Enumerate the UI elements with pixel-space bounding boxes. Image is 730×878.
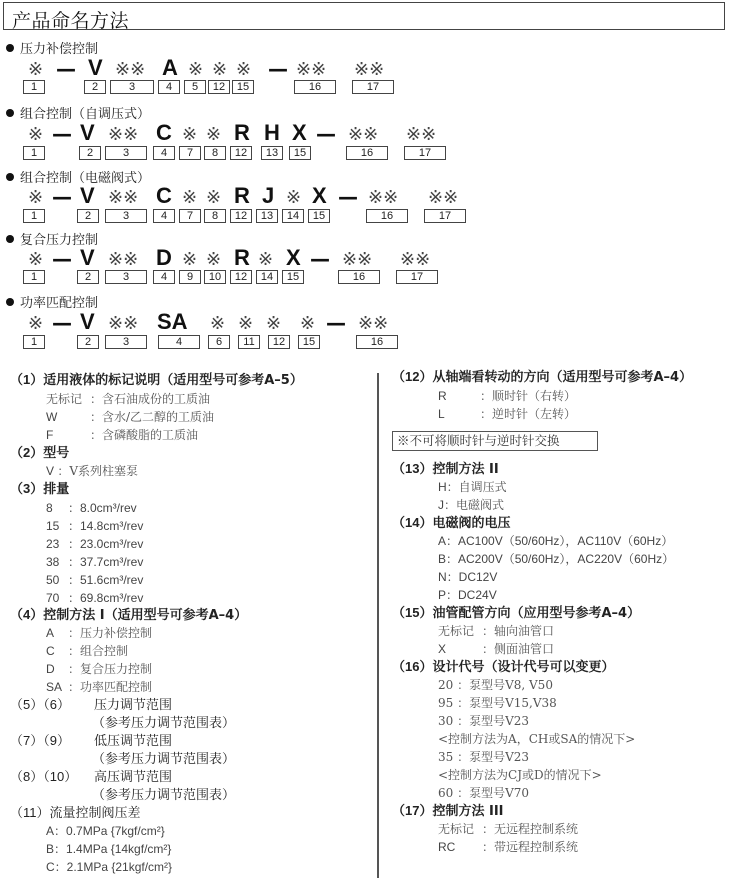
- item-2-row: V ：V系列柱塞泵: [46, 463, 138, 479]
- code-symbol: ※: [236, 60, 251, 80]
- item-3-row: 38：37.7cm³/rev: [46, 554, 143, 570]
- item-16-row: 35 ：泵型号V23: [438, 749, 529, 765]
- item-1-row: W：含水/乙二醇的工质油: [46, 409, 214, 425]
- code-box: 13: [261, 146, 283, 160]
- code-box: 2: [77, 335, 99, 349]
- item-2-heading: （2）型号: [10, 445, 69, 462]
- item-1-row: F：含磷酸脂的工质油: [46, 427, 198, 443]
- code-symbol: ※: [258, 250, 273, 270]
- code-box: 8: [204, 146, 226, 160]
- bullet-icon: [6, 44, 14, 52]
- code-symbol: ※: [266, 314, 281, 334]
- code-box: 15: [308, 209, 330, 223]
- code-box: 12: [230, 270, 252, 284]
- code-dash: —: [52, 187, 72, 207]
- code-box: 2: [84, 80, 106, 94]
- code-letter: J: [262, 186, 274, 206]
- code-letter: R: [234, 123, 250, 143]
- item-12-row: L：逆时针（左转）: [438, 406, 576, 422]
- code-box: 15: [298, 335, 320, 349]
- code-box: 3: [105, 209, 147, 223]
- code-box: 6: [208, 335, 230, 349]
- bullet-icon: [6, 235, 14, 243]
- item-1-row: 无标记：含石油成份的工质油: [46, 391, 210, 407]
- code-box: 4: [153, 209, 175, 223]
- code-box: 14: [282, 209, 304, 223]
- bullet-icon: [6, 173, 14, 181]
- item-11-row: C：2.1MPa {21kgf/cm²}: [46, 859, 172, 875]
- code-box: 12: [230, 146, 252, 160]
- code-symbol: ※: [182, 250, 197, 270]
- code-box: 11: [238, 335, 260, 349]
- item-14-row: P：DC24V: [438, 587, 497, 603]
- code-symbol: ※※: [108, 188, 138, 208]
- item-13-row: H：自调压式: [438, 479, 507, 495]
- item-4-row: A：压力补偿控制: [46, 625, 152, 641]
- code-box: 16: [294, 80, 336, 94]
- code-letter: X: [292, 123, 307, 143]
- section-heading-combined-self: 组合控制（自调压式）: [6, 103, 150, 122]
- item-4-row: C：组合控制: [46, 643, 128, 659]
- code-symbol: ※※: [368, 188, 398, 208]
- item-3-heading: （3）排量: [10, 481, 69, 498]
- code-symbol: ※※: [358, 314, 388, 334]
- item-5-6-sub: （参考压力调节范围表）: [92, 715, 235, 732]
- item-17-heading: （17）控制方法 III: [392, 803, 504, 820]
- code-box: 16: [366, 209, 408, 223]
- code-symbol: ※※: [400, 250, 430, 270]
- code-letter: V: [80, 123, 95, 143]
- bullet-icon: [6, 298, 14, 306]
- code-symbol: ※: [206, 250, 221, 270]
- code-box: 15: [289, 146, 311, 160]
- code-symbol: ※: [182, 125, 197, 145]
- code-box: 17: [396, 270, 438, 284]
- code-letter: D: [156, 248, 172, 268]
- code-dash: —: [316, 124, 336, 144]
- item-17-row: 无标记：无远程控制系统: [438, 821, 578, 837]
- code-box: 13: [256, 209, 278, 223]
- code-letter: V: [80, 312, 95, 332]
- item-7-9-sub: （参考压力调节范围表）: [92, 751, 235, 768]
- item-14-row: A：AC100V（50/60Hz），AC110V（60Hz）: [438, 533, 673, 549]
- code-box: 2: [77, 270, 99, 284]
- code-box: 16: [338, 270, 380, 284]
- code-symbol: ※: [28, 125, 43, 145]
- code-symbol: ※※: [428, 188, 458, 208]
- item-16-row: 20 ：泵型号V8, V50: [438, 677, 553, 693]
- item-7-9-heading: （7）（9）低压调节范围: [10, 733, 172, 750]
- code-dash: —: [52, 313, 72, 333]
- code-box: 3: [105, 146, 147, 160]
- code-box: 12: [268, 335, 290, 349]
- code-box: 15: [232, 80, 254, 94]
- code-symbol: ※: [206, 125, 221, 145]
- item-4-row: SA：功率匹配控制: [46, 679, 152, 695]
- item-14-row: B：AC200V（50/60Hz），AC220V（60Hz）: [438, 551, 674, 567]
- code-symbol: ※: [188, 60, 203, 80]
- code-box: 17: [404, 146, 446, 160]
- code-symbol: ※※: [108, 125, 138, 145]
- item-14-row: N：DC12V: [438, 569, 497, 585]
- code-symbol: ※: [28, 314, 43, 334]
- code-dash: —: [326, 313, 346, 333]
- code-box: 5: [184, 80, 206, 94]
- code-box: 3: [105, 270, 147, 284]
- code-box: 4: [153, 270, 175, 284]
- code-letter: V: [80, 186, 95, 206]
- code-symbol: ※: [28, 250, 43, 270]
- item-13-heading: （13）控制方法 II: [392, 461, 499, 478]
- code-box: 1: [23, 270, 45, 284]
- item-4-row: D：复合压力控制: [46, 661, 152, 677]
- code-symbol: ※: [28, 60, 43, 80]
- code-dash: —: [52, 249, 72, 269]
- item-12-heading: （12）从轴端看转动的方向（适用型号可参考A–4）: [392, 369, 692, 386]
- code-box: 16: [356, 335, 398, 349]
- item-11-heading: （11）流量控制阀压差: [10, 805, 141, 822]
- section-heading-pressure-compensation: 压力补偿控制: [6, 38, 98, 57]
- code-letter: X: [312, 186, 327, 206]
- code-box: 1: [23, 335, 45, 349]
- code-box: 2: [79, 146, 101, 160]
- code-letter: V: [88, 58, 103, 78]
- warning-note: ※不可将顺时针与逆时针交换: [392, 431, 598, 451]
- code-symbol: ※: [238, 314, 253, 334]
- code-box: 4: [158, 80, 180, 94]
- item-4-heading: （4）控制方法 I（适用型号可参考A–4）: [10, 607, 247, 624]
- item-16-heading: （16）设计代号（设计代号可以变更）: [392, 659, 614, 676]
- code-box: 7: [179, 146, 201, 160]
- item-16-row: 60 ：泵型号V70: [438, 785, 529, 801]
- code-box: 1: [23, 146, 45, 160]
- item-17-row: RC：带远程控制系统: [438, 839, 578, 855]
- item-5-6-heading: （5）（6）压力调节范围: [10, 697, 172, 714]
- code-box: 17: [424, 209, 466, 223]
- code-box: 4: [153, 146, 175, 160]
- item-3-row: 23：23.0cm³/rev: [46, 536, 143, 552]
- item-15-row: X：侧面油管口: [438, 641, 554, 657]
- bullet-icon: [6, 109, 14, 117]
- code-letter: V: [80, 248, 95, 268]
- code-box: 1: [23, 209, 45, 223]
- code-symbol: ※※: [296, 60, 326, 80]
- code-symbol: ※※: [108, 314, 138, 334]
- code-dash: —: [268, 59, 288, 79]
- code-letter: H: [264, 123, 280, 143]
- item-15-row: 无标记：轴向油管口: [438, 623, 554, 639]
- item-13-row: J：电磁阀式: [438, 497, 504, 513]
- code-box: 3: [110, 80, 154, 94]
- item-16-note: <控制方法为CJ或D的情况下>: [438, 767, 602, 783]
- code-symbol: ※※: [354, 60, 384, 80]
- code-box: 9: [179, 270, 201, 284]
- code-box: 4: [158, 335, 200, 349]
- code-letter: A: [162, 58, 178, 78]
- code-dash: —: [56, 59, 76, 79]
- code-box: 1: [23, 80, 45, 94]
- item-14-heading: （14）电磁阀的电压: [392, 515, 510, 532]
- code-letter: X: [286, 248, 301, 268]
- item-3-row: 8：8.0cm³/rev: [46, 500, 137, 516]
- code-box: 8: [204, 209, 226, 223]
- code-dash: —: [310, 249, 330, 269]
- column-divider: [377, 373, 379, 878]
- code-letter: SA: [157, 312, 188, 332]
- code-symbol: ※※: [115, 60, 145, 80]
- code-symbol: ※: [182, 188, 197, 208]
- code-symbol: ※※: [342, 250, 372, 270]
- code-symbol: ※: [286, 188, 301, 208]
- item-11-row: B：1.4MPa {14kgf/cm²}: [46, 841, 171, 857]
- code-letter: C: [156, 186, 172, 206]
- code-symbol: ※※: [348, 125, 378, 145]
- item-16-row: 95 ：泵型号V15,V38: [438, 695, 557, 711]
- code-symbol: ※※: [108, 250, 138, 270]
- item-8-10-sub: （参考压力调节范围表）: [92, 787, 235, 804]
- code-symbol: ※※: [406, 125, 436, 145]
- code-symbol: ※: [210, 314, 225, 334]
- item-16-note: <控制方法为A，CH或SA的情况下>: [438, 731, 635, 747]
- code-symbol: ※: [206, 188, 221, 208]
- code-box: 12: [208, 80, 230, 94]
- code-symbol: ※: [28, 188, 43, 208]
- item-1-heading: （1）适用液体的标记说明（适用型号可参考A–5）: [10, 372, 303, 389]
- code-box: 12: [230, 209, 252, 223]
- page-title-box: 产品命名方法: [3, 2, 725, 30]
- code-letter: C: [156, 123, 172, 143]
- code-box: 3: [105, 335, 147, 349]
- code-box: 7: [179, 209, 201, 223]
- section-heading-combined-solenoid: 组合控制（电磁阀式）: [6, 167, 150, 186]
- code-box: 10: [204, 270, 226, 284]
- code-dash: —: [338, 187, 358, 207]
- code-letter: R: [234, 186, 250, 206]
- item-12-row: R：顺时针（右转）: [438, 388, 576, 404]
- code-symbol: ※: [212, 60, 227, 80]
- code-box: 16: [346, 146, 388, 160]
- item-3-row: 15：14.8cm³/rev: [46, 518, 143, 534]
- item-3-row: 50：51.6cm³/rev: [46, 572, 143, 588]
- item-3-row: 70：69.8cm³/rev: [46, 590, 143, 606]
- code-box: 14: [256, 270, 278, 284]
- code-dash: —: [52, 124, 72, 144]
- item-15-heading: （15）油管配管方向（应用型号参考A–4）: [392, 605, 640, 622]
- code-box: 2: [77, 209, 99, 223]
- page-title: 产品命名方法: [12, 6, 129, 33]
- code-symbol: ※: [300, 314, 315, 334]
- code-box: 15: [282, 270, 304, 284]
- code-letter: R: [234, 248, 250, 268]
- item-16-row: 30 ：泵型号V23: [438, 713, 529, 729]
- code-box: 17: [352, 80, 394, 94]
- item-8-10-heading: （8）（10）高压调节范围: [10, 769, 172, 786]
- item-11-row: A：0.7MPa {7kgf/cm²}: [46, 823, 165, 839]
